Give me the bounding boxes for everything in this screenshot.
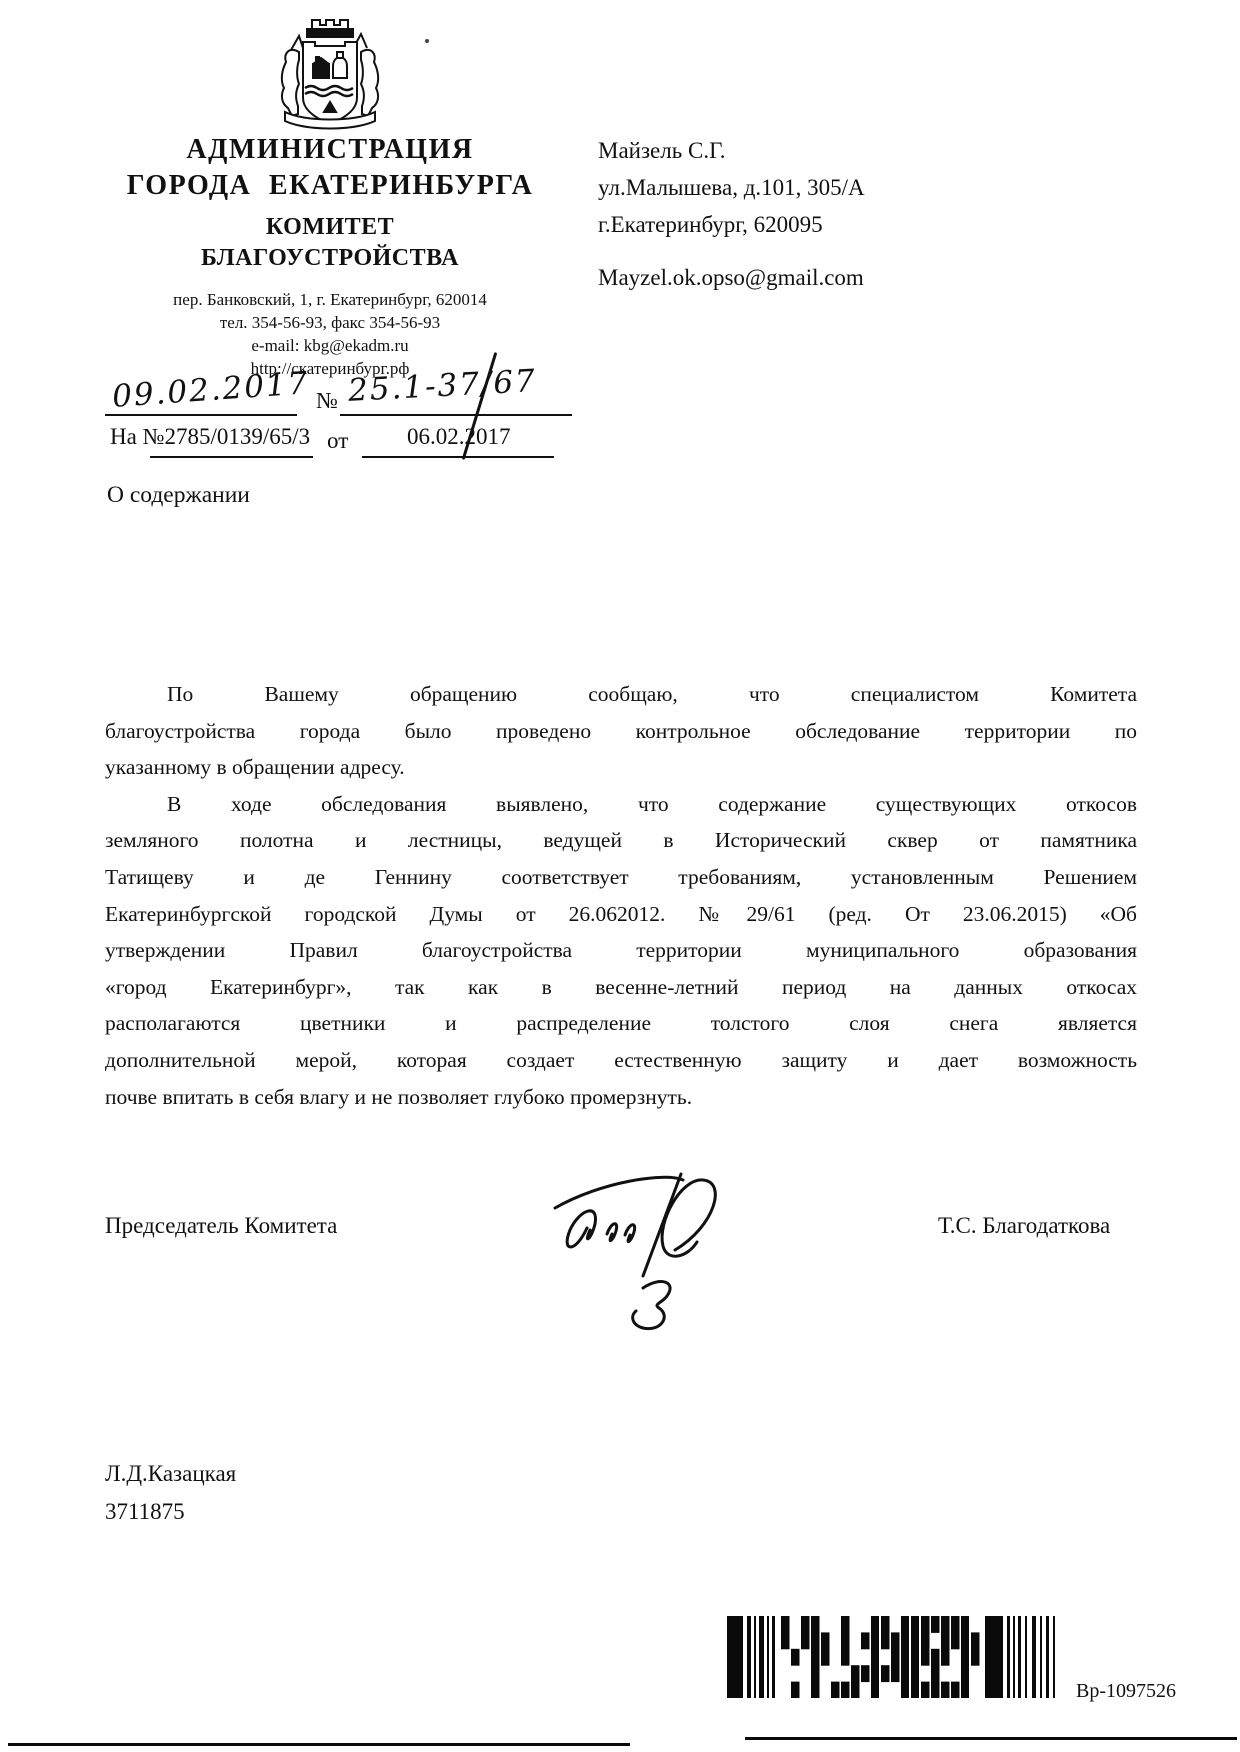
org-name-line2: ГОРОДА ЕКАТЕРИНБУРГА (100, 168, 560, 204)
letter-body: По Вашему обращению сообщаю, что специал… (105, 676, 1137, 1115)
letterhead-phone: тел. 354-56-93, факс 354-56-93 (100, 311, 560, 334)
body-line: В ходе обследования выявлено, что содерж… (105, 786, 1137, 823)
number-sign: № (316, 388, 338, 414)
document-barcode-icon (727, 1616, 1059, 1698)
letterhead-email: e-mail: kbg@ekadm.ru (100, 334, 560, 357)
recipient-address-line2: г.Екатеринбург, 620095 (598, 206, 1118, 243)
body-line: Татищеву и де Геннину соответствует треб… (105, 859, 1137, 896)
incoming-label: На № (110, 424, 165, 449)
subject-line: О содержании (107, 482, 250, 509)
incoming-number-rule (150, 456, 313, 458)
incoming-date-rule (362, 456, 554, 458)
department-name: КОМИТЕТ БЛАГОУСТРОЙСТВА (100, 212, 560, 274)
recipient-block: Майзель С.Г. ул.Малышева, д.101, 305/А г… (598, 132, 1118, 296)
body-line: указанному в обращении адресу. (105, 749, 1137, 786)
recipient-name: Майзель С.Г. (598, 132, 1118, 169)
recipient-email: Mayzel.ok.opso@gmail.com (598, 259, 1118, 296)
yekaterinburg-coat-of-arms-icon (263, 8, 397, 132)
recipient-address-line1: ул.Малышева, д.101, 305/А (598, 169, 1118, 206)
incoming-reference: На №2785/0139/65/3 (110, 424, 310, 450)
scan-edge-line-right (745, 1737, 1237, 1740)
executor-block: Л.Д.Казацкая 3711875 (105, 1455, 236, 1531)
body-line: земляного полотна и лестницы, ведущей в … (105, 822, 1137, 859)
body-line: «город Екатеринбург», так как в весенне-… (105, 969, 1137, 1006)
executor-phone: 3711875 (105, 1493, 236, 1531)
scanned-letter-page: АДМИНИСТРАЦИЯ ГОРОДА ЕКАТЕРИНБУРГА КОМИТ… (0, 0, 1240, 1752)
body-line: благоустройства города было проведено ко… (105, 713, 1137, 750)
body-line: располагаются цветники и распределение т… (105, 1005, 1137, 1042)
body-line: Екатеринбургской городской Думы от 26.06… (105, 896, 1137, 933)
incoming-number: 2785/0139/65/3 (165, 424, 311, 449)
signer-name: Т.С. Благодаткова (938, 1213, 1110, 1239)
body-line: почве впитать в себя влагу и не позволяе… (105, 1079, 1137, 1116)
barcode-label: Вр-1097526 (1076, 1680, 1176, 1703)
from-label: от (327, 428, 348, 454)
scan-speck (425, 39, 429, 43)
dept-line1: КОМИТЕТ (100, 212, 560, 243)
scan-edge-line-left (8, 1743, 630, 1746)
dept-line2: БЛАГОУСТРОЙСТВА (100, 243, 560, 274)
signer-title: Председатель Комитета (105, 1213, 337, 1239)
body-line: утверждении Правил благоустройства терри… (105, 932, 1137, 969)
handwritten-signature-icon (515, 1130, 765, 1335)
incoming-date: 06.02.2017 (407, 424, 511, 450)
body-line: дополнительной мерой, которая создает ес… (105, 1042, 1137, 1079)
executor-name: Л.Д.Казацкая (105, 1455, 236, 1493)
letterhead-address: пер. Банковский, 1, г. Екатеринбург, 620… (100, 288, 560, 311)
body-line: По Вашему обращению сообщаю, что специал… (105, 676, 1137, 713)
outgoing-date-rule (105, 414, 297, 416)
org-name-line1: АДМИНИСТРАЦИЯ (100, 132, 560, 168)
outgoing-number-rule (340, 414, 572, 416)
letterhead: АДМИНИСТРАЦИЯ ГОРОДА ЕКАТЕРИНБУРГА КОМИТ… (100, 8, 560, 380)
